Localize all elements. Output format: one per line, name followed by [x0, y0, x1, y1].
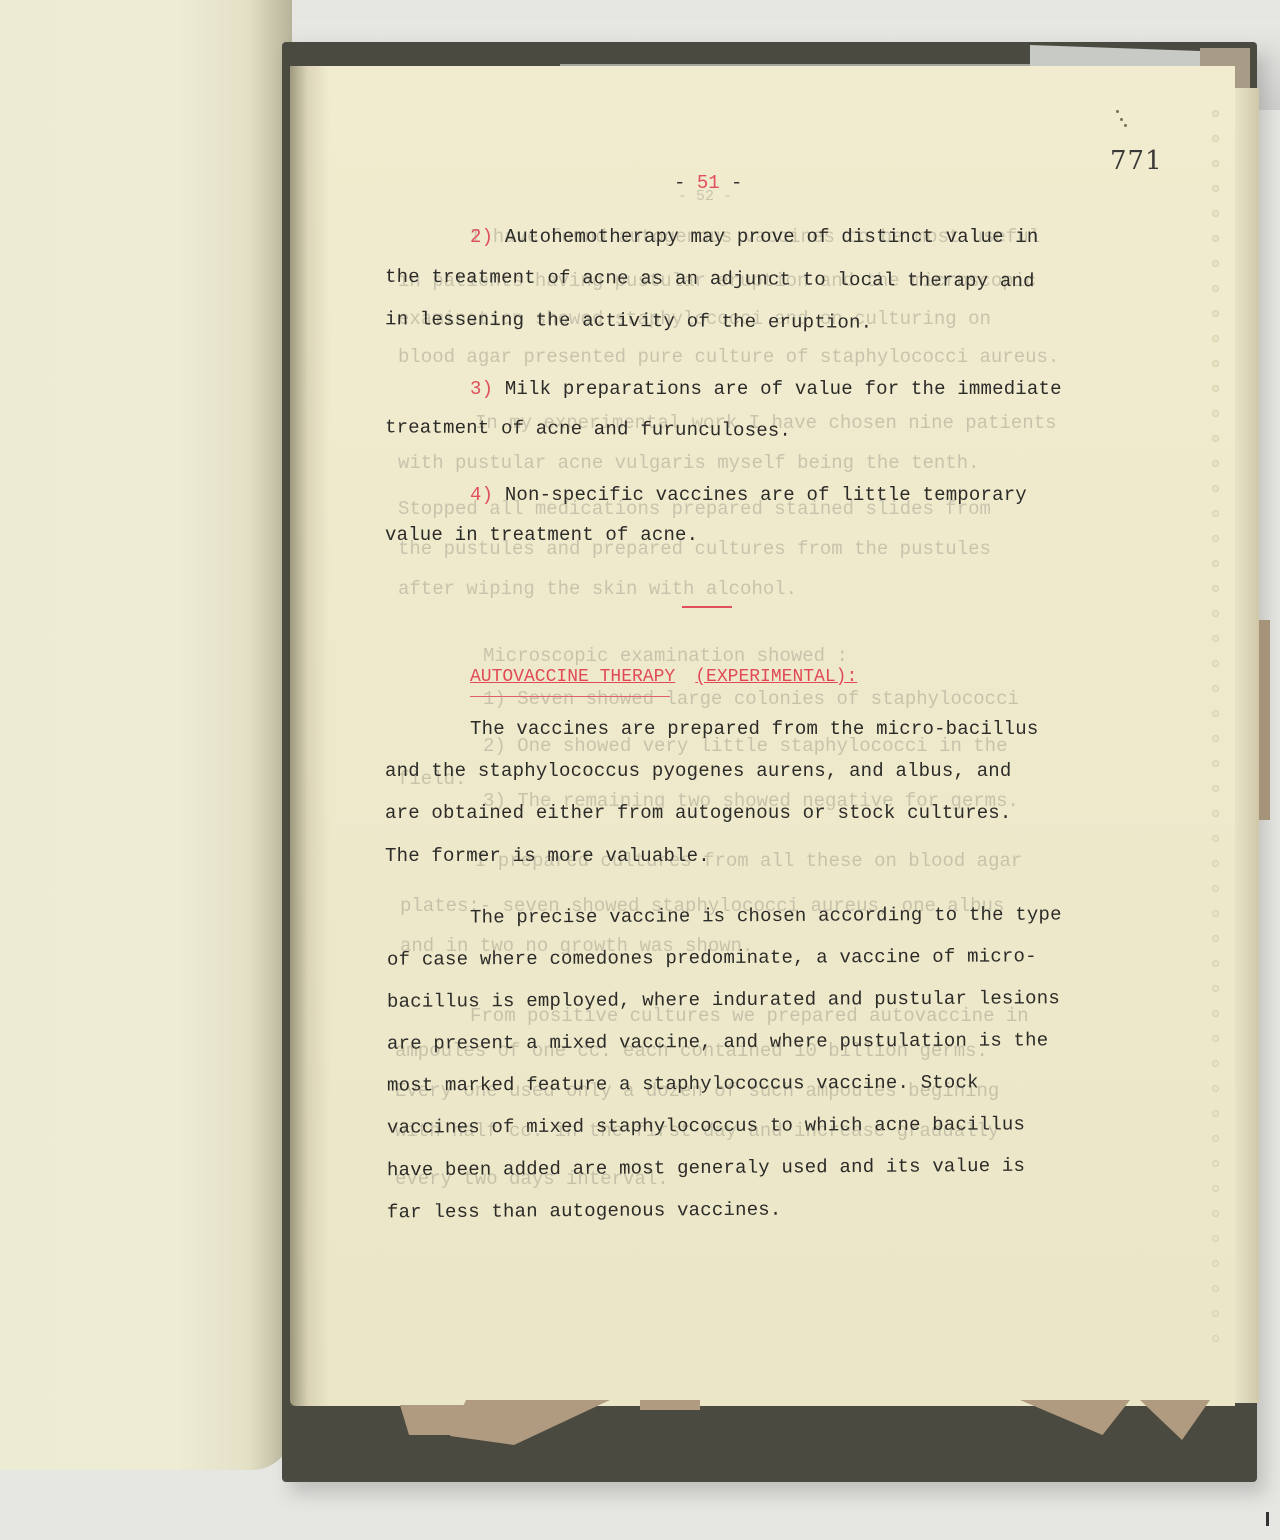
section-heading: AUTOVACCINE THERAPY(EXPERIMENTAL): [470, 667, 857, 687]
text-line: the treatment of acne as an adjunct to l… [385, 266, 1035, 293]
list-marker: 4) [470, 484, 493, 506]
list-item-3: 3) Milk preparations are of value for th… [470, 378, 1062, 400]
list-marker: 3) [470, 378, 493, 400]
text-line: Milk preparations are of value for the i… [505, 378, 1062, 400]
page-number: - 51 - [674, 172, 742, 194]
left-page-mirrored-text: - 50 ately the same as before th only on… [0, 0, 290, 1470]
text-line: bacillus is employed, where indurated an… [387, 987, 1060, 1013]
punch-holes [1212, 110, 1220, 1410]
text-line: of case where comedones predominate, a v… [387, 945, 1037, 970]
text-line: and the staphylococcus pyogenes aurens, … [385, 760, 1012, 782]
ghost-line: after wiping the skin with alcohol. [398, 578, 797, 600]
ghost-line: Microscopic examination showed : [483, 645, 848, 667]
text-line: treatment of acne and furunculoses. [385, 416, 791, 442]
list-item-2: 2) Autohemotherapy may prove of distinct… [470, 226, 1039, 248]
torn-paper [640, 1400, 700, 1410]
text-line: have been added are most generaly used a… [387, 1155, 1025, 1181]
left-page: - 50 ately the same as before th only on… [0, 0, 292, 1470]
text-line: The vaccines are prepared from the micro… [470, 718, 1039, 740]
page-number-prefix: - [674, 172, 697, 194]
heading-part-1: AUTOVACCINE THERAPY [470, 667, 675, 687]
list-marker: 2) [470, 226, 493, 248]
text-line: far less than autogenous vaccines. [387, 1199, 782, 1224]
text-line: vaccines of mixed staphylococcus to whic… [387, 1113, 1025, 1138]
heading-double-underline [470, 696, 670, 697]
text-line: in lessening the activity of the eruptio… [385, 308, 872, 333]
ghost-line: blood agar presented pure culture of sta… [398, 346, 1059, 368]
text-line: most marked feature a staphylococcus vac… [387, 1071, 979, 1096]
text-line: Non-specific vaccines are of little temp… [505, 484, 1027, 506]
ghost-line: 1) Seven showed large colonies of staphy… [483, 688, 1019, 710]
section-divider [682, 606, 732, 608]
surface-speck [1266, 1512, 1269, 1526]
list-item-4: 4) Non-specific vaccines are of little t… [470, 484, 1027, 506]
text-line: The precise vaccine is chosen according … [470, 903, 1062, 928]
text-line: The former is more valuable. [385, 845, 710, 867]
page-gutter-shadow [290, 66, 330, 1406]
ghost-line: with pustular acne vulgaris myself being… [398, 452, 980, 474]
text-line: value in treatment of acne. [385, 524, 698, 546]
text-line: Autohemotherapy may prove of distinct va… [505, 226, 1039, 248]
handwritten-folio-number: 771 [1110, 146, 1163, 176]
text-line: are obtained either from autogenous or s… [385, 802, 1012, 824]
page-number-suffix: - [720, 172, 743, 194]
heading-part-2: (EXPERIMENTAL): [695, 667, 857, 687]
page-number-value: 51 [697, 172, 720, 194]
text-line: are present a mixed vaccine, and where p… [387, 1029, 1048, 1054]
